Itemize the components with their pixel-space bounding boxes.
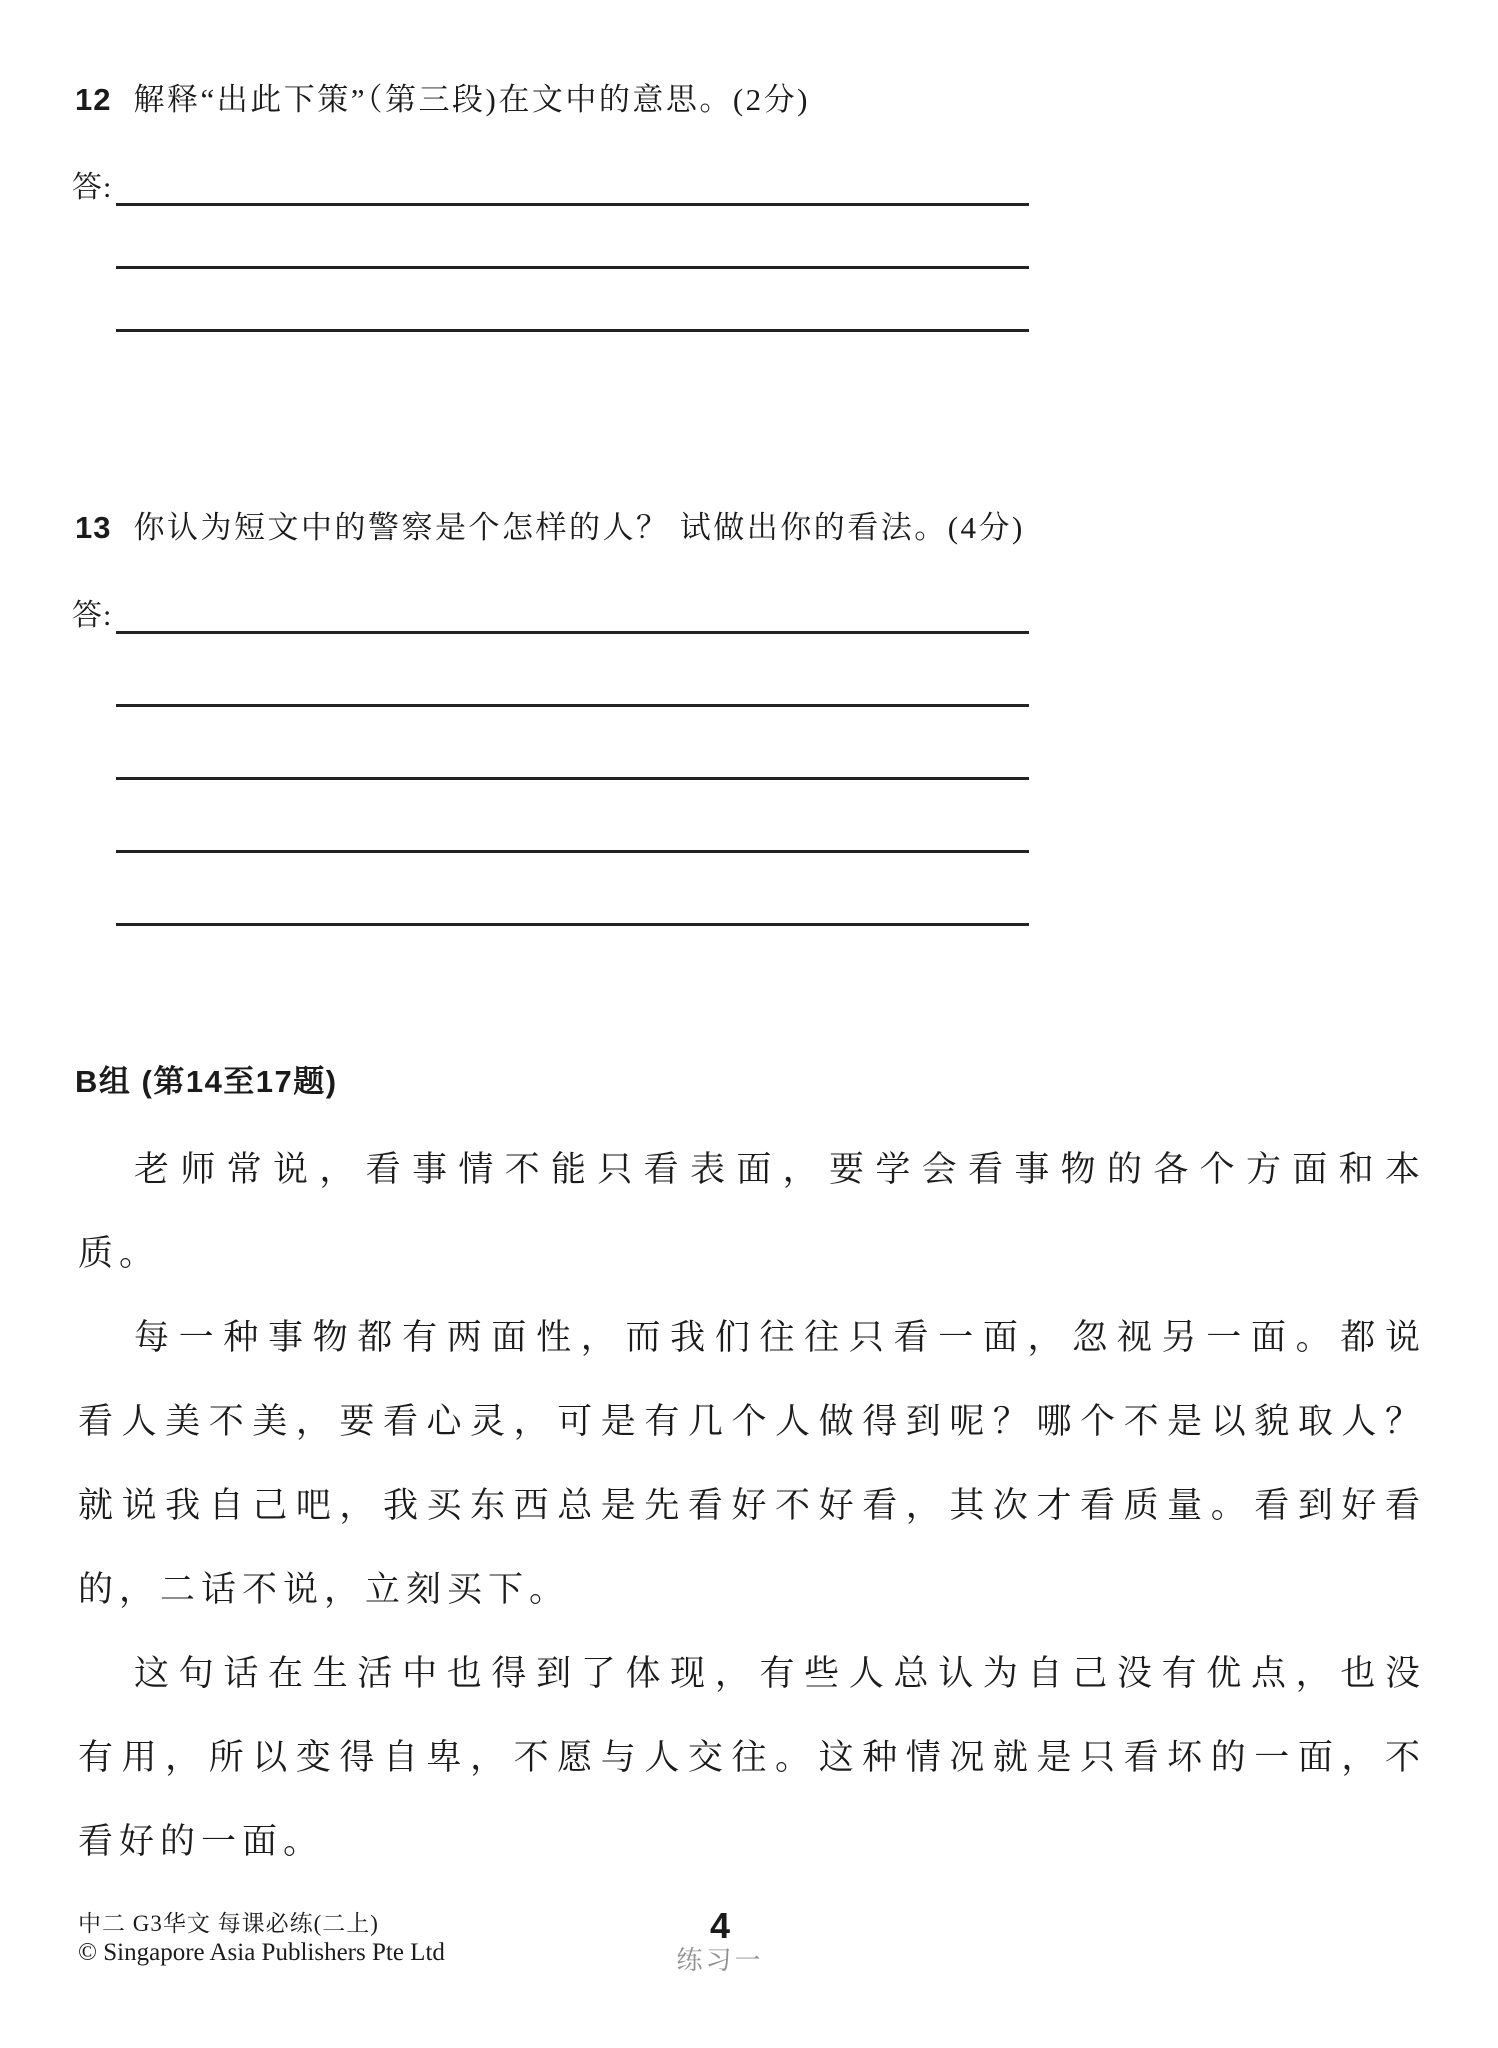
answer-writing-line (116, 704, 1029, 707)
passage-line: 老师常说，看事情不能只看表面，要学会看事物的各个方面和本 (78, 1128, 1426, 1212)
answer-writing-line (116, 203, 1029, 206)
passage-line: 这句话在生活中也得到了体现，有些人总认为自己没有优点，也没 (78, 1632, 1426, 1716)
answer-writing-line (116, 923, 1029, 926)
footer-copyright: © Singapore Asia Publishers Pte Ltd (78, 1938, 445, 1968)
answer-writing-line (116, 850, 1029, 853)
question-13-number: 13 (75, 508, 111, 548)
question-13: 13 你认为短文中的警察是个怎样的人？ 试做出你的看法。(4分) (75, 508, 1455, 548)
answer-writing-line (116, 266, 1029, 269)
answer-writing-line (116, 329, 1029, 332)
footer-book-title: 中二 G3华文 每课必练(二上) (78, 1910, 445, 1938)
passage-line: 看好的一面。 (78, 1800, 1426, 1884)
question-12-prompt: 解释“出此下策”（第三段)在文中的意思。(2分) (133, 80, 810, 120)
footer-imprint: 中二 G3华文 每课必练(二上) © Singapore Asia Publis… (78, 1910, 445, 1968)
question-13-prompt: 你认为短文中的警察是个怎样的人？ 试做出你的看法。(4分) (133, 508, 1024, 548)
question-13-answer-label: 答: (72, 598, 112, 634)
question-12: 12 解释“出此下策”（第三段)在文中的意思。(2分) (75, 80, 1455, 120)
answer-writing-line (116, 777, 1029, 780)
passage-line: 看人美不美，要看心灵，可是有几个人做得到呢？哪个不是以貌取人？ (78, 1380, 1426, 1464)
question-12-number: 12 (75, 80, 111, 120)
passage-line: 的，二话不说，立刻买下。 (78, 1548, 1426, 1632)
worksheet-page: 12 解释“出此下策”（第三段)在文中的意思。(2分) 答: 13 你认为短文中… (0, 0, 1498, 2048)
exercise-label: 练习一 (650, 1946, 790, 1976)
question-12-answer-label: 答: (72, 170, 112, 206)
footer-page-block: 4 练习一 (650, 1906, 790, 1976)
passage-line: 就说我自己吧，我买东西总是先看好不好看，其次才看质量。看到好看 (78, 1464, 1426, 1548)
reading-passage: 老师常说，看事情不能只看表面，要学会看事物的各个方面和本 质。 每一种事物都有两… (78, 1128, 1426, 1884)
passage-line: 每一种事物都有两面性，而我们往往只看一面，忽视另一面。都说 (78, 1296, 1426, 1380)
passage-line: 质。 (78, 1212, 1426, 1296)
page-number: 4 (650, 1906, 790, 1946)
answer-writing-line (116, 631, 1029, 634)
section-b-heading: B组 (第14至17题) (75, 1056, 338, 1101)
passage-line: 有用，所以变得自卑，不愿与人交往。这种情况就是只看坏的一面，不 (78, 1716, 1426, 1800)
